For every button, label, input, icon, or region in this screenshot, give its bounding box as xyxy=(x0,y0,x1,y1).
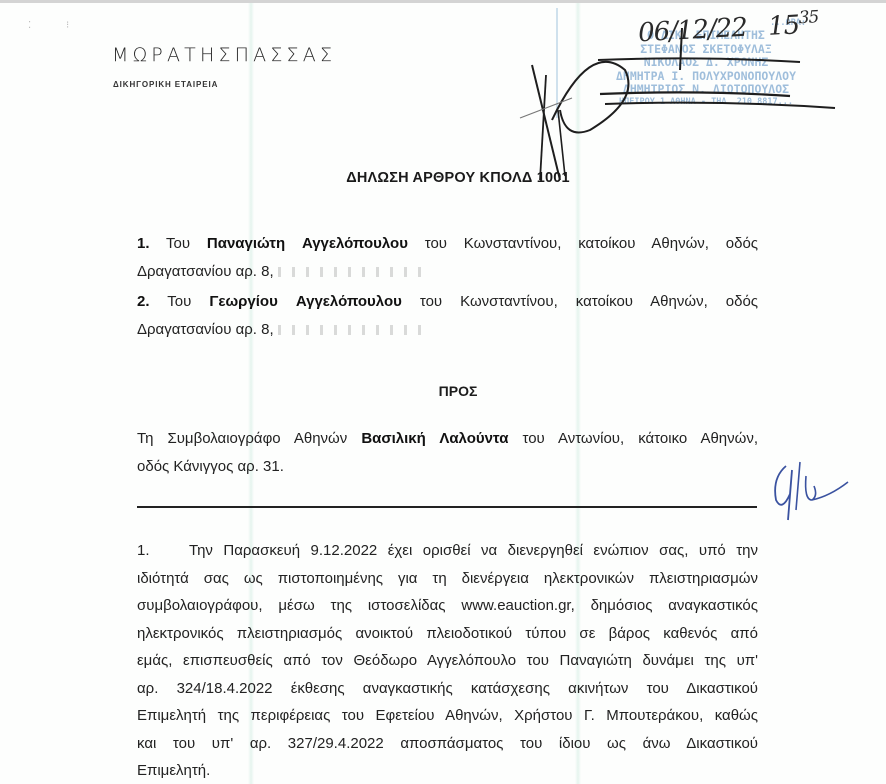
handwritten-time-hours: 15 xyxy=(767,10,800,42)
party-number: 2. xyxy=(137,293,150,310)
section-line: ηλεκτρονικός πλειστηριασμός ανοικτού πλε… xyxy=(137,620,758,648)
redacted-text xyxy=(278,325,428,335)
party-1: 1. Του Παναγιώτη Αγγελόπουλου του Κωνστα… xyxy=(137,230,758,286)
recipient-details: του Αντωνίου, κάτοικο Αθηνών, xyxy=(522,430,758,447)
section-number: 1. xyxy=(137,537,189,565)
stamp-line: ΔΗΜΗΤΡΙΟΣ Ν. ΔΙΩΤΟΠΟΥΛΟΣ xyxy=(576,83,836,97)
party-prefix: Του xyxy=(167,293,191,310)
party-prefix: Του xyxy=(166,235,190,252)
redacted-text xyxy=(278,267,428,277)
pros-heading: ΠΡΟΣ xyxy=(0,383,886,399)
firm-subtitle: ΔΙΚΗΓΟΡΙΚΗ ΕΤΑΙΡΕΙΑ xyxy=(113,80,218,89)
firm-name: ΜΩΡΑΤΗΣΠΑΣΣΑΣ xyxy=(112,44,336,66)
scan-corner-marks: ⁚ ⁝ xyxy=(28,20,85,31)
document-title: ΔΗΛΩΣΗ ΑΡΘΡΟΥ ΚΠΟΛΔ 1001 xyxy=(0,170,886,186)
stamp-border-line xyxy=(556,8,558,118)
recipient-prefix: Τη Συμβολαιογράφο Αθηνών xyxy=(137,430,347,447)
party-first-name: Παναγιώτη xyxy=(207,235,285,252)
stamp-line: ΔΗΜΗΤΡΑ Ι. ΠΟΛΥΧΡΟΝΟΠΟΥΛΟΥ xyxy=(576,70,836,84)
party-address: Δραγατσανίου αρ. 8, xyxy=(137,263,274,280)
stamp-line: ΝΙΚΟΛΑΟΣ Δ. ΧΡΟΝΗΣ xyxy=(576,56,836,70)
party-address: Δραγατσανίου αρ. 8, xyxy=(137,321,274,338)
party-details: του Κωνσταντίνου, κατοίκου Αθηνών, οδός xyxy=(420,293,758,310)
recipient: Τη Συμβολαιογράφο Αθηνών Βασιλική Λαλούν… xyxy=(137,425,758,481)
section-divider xyxy=(137,506,757,508)
party-last-name: Αγγελόπουλου xyxy=(296,293,402,310)
party-number: 1. xyxy=(137,235,150,252)
stamp-line: ΗΠΕΙΡΟΥ 1 ΑΘΗΝΑ - ΤΗΛ. 210 8817... xyxy=(576,97,836,108)
handwritten-time-minutes: 35 xyxy=(798,7,819,28)
handwritten-date: 06/12/22 xyxy=(637,13,747,49)
recipient-address: οδός Κάνιγγος αρ. 31. xyxy=(137,458,284,475)
party-first-name: Γεωργίου xyxy=(209,293,278,310)
section-1: 1.Την Παρασκευή 9.12.2022 έχει ορισθεί ν… xyxy=(137,537,758,784)
recipient-name: Βασιλική Λαλούντα xyxy=(361,430,508,447)
section-line: αρ. 324/18.4.2022 έκθεσης αναγκαστικής κ… xyxy=(137,675,758,703)
party-last-name: Αγγελόπουλου xyxy=(302,235,408,252)
section-line: Την Παρασκευή 9.12.2022 έχει ορισθεί να … xyxy=(189,542,758,559)
section-line: και του υπ' αρ. 327/29.4.2022 αποσπάσματ… xyxy=(137,730,758,758)
section-line: Επιμελητή. xyxy=(137,757,758,784)
section-line: συμβολαιογράφου, μέσω της ιστοσελίδας ww… xyxy=(137,592,758,620)
section-line: εμάς, επισπευσθείς από τον Θεόδωρο Αγγελ… xyxy=(137,647,758,675)
party-details: του Κωνσταντίνου, κατοίκου Αθηνών, οδός xyxy=(425,235,758,252)
section-line: Επιμελητή της περιφέρειας του Εφετείου Α… xyxy=(137,702,758,730)
party-2: 2. Του Γεωργίου Αγγελόπουλου του Κωνσταν… xyxy=(137,288,758,344)
section-line: ιδιότητά σας ως πιστοποιημένης για τη δι… xyxy=(137,565,758,593)
